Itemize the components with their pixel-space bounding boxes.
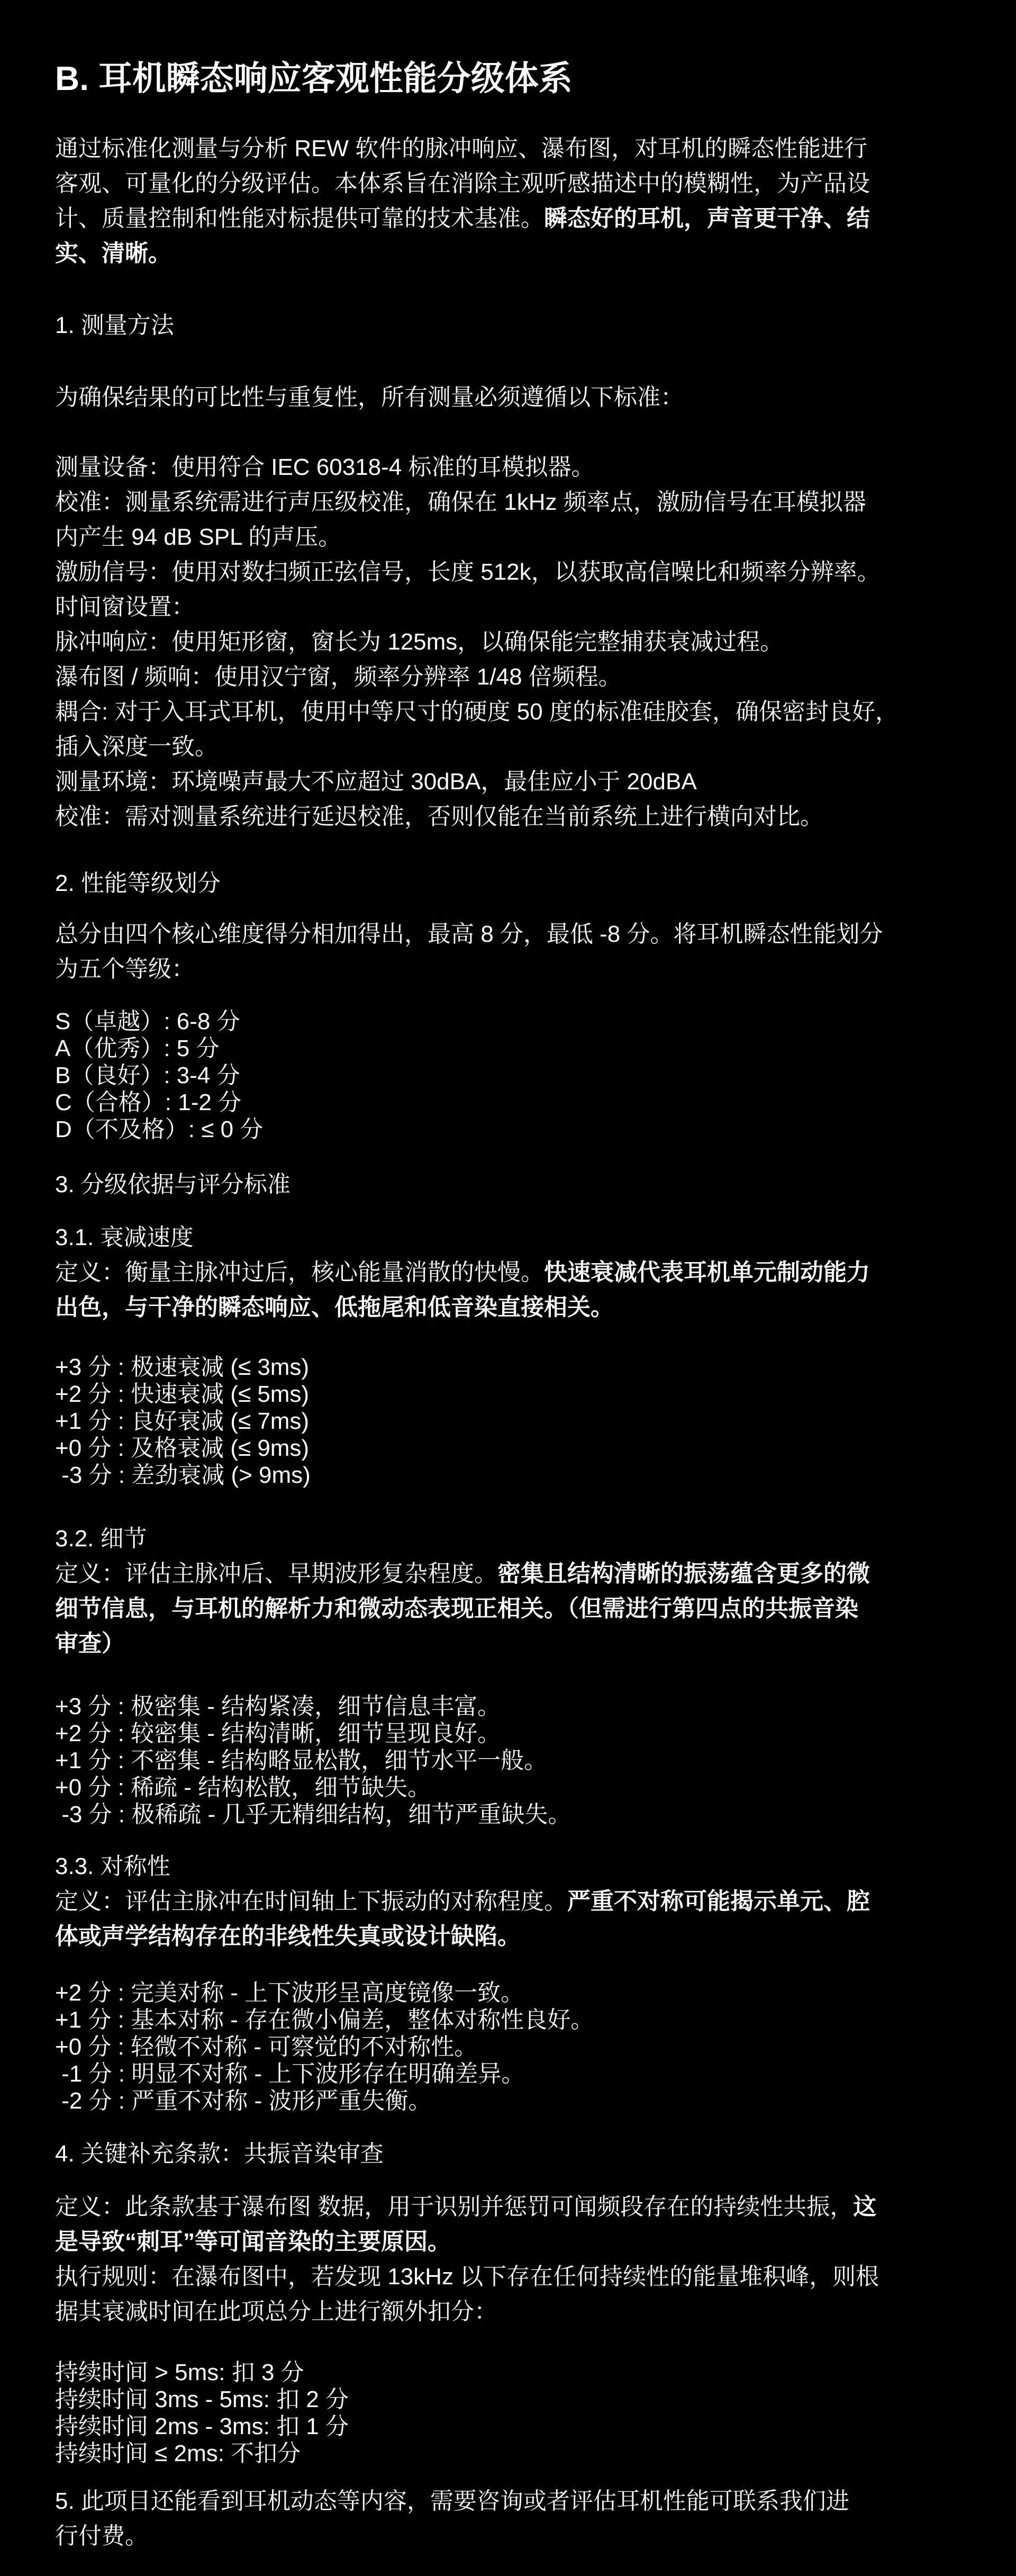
definition-text: 定义：衡量主脉冲过后，核心能量消散的快慢。: [55, 1259, 544, 1285]
definition-line: 是导致“刺耳”等可闻音染的主要原因。: [55, 2224, 963, 2259]
grade-line: S（卓越）: 6-8 分: [55, 1008, 963, 1035]
closing-line: 行付费。: [55, 2519, 963, 2554]
section-2-lead: 总分由四个核心维度得分相加得出，最高 8 分，最低 -8 分。将耳机瞬态性能划分…: [55, 917, 963, 987]
section-1-heading: 1. 测量方法: [55, 308, 963, 343]
definition-text-bold: 这: [853, 2194, 876, 2220]
score-line: +1 分 : 良好衰减 (≤ 7ms): [55, 1408, 963, 1435]
subsection-heading: 3.2. 细节: [55, 1521, 963, 1556]
heading-text: 3. 分级依据与评分标准: [55, 1167, 963, 1202]
definition-text: 定义：此条款基于瀑布图 数据，用于识别并惩罚可闻频段存在的持续性共振，: [55, 2194, 853, 2220]
closing-line: 5. 此项目还能看到耳机动态等内容，需要咨询或者评估耳机性能可联系我们进: [55, 2484, 963, 2519]
score-line: +0 分 : 轻微不对称 - 可察觉的不对称性。: [55, 2033, 963, 2060]
penalty-list: 持续时间 > 5ms: 扣 3 分 持续时间 3ms - 5ms: 扣 2 分 …: [55, 2359, 963, 2467]
definition-line: 定义：此条款基于瀑布图 数据，用于识别并惩罚可闻频段存在的持续性共振，这: [55, 2190, 963, 2224]
score-line: +1 分 : 不密集 - 结构略显松散，细节水平一般。: [55, 1747, 963, 1774]
lead-text: 为确保结果的可比性与重复性，所有测量必须遵循以下标准：: [55, 380, 963, 415]
intro-paragraph: 通过标准化测量与分析 REW 软件的脉冲响应、瀑布图，对耳机的瞬态性能进行 客观…: [55, 131, 963, 271]
intro-line: 计、质量控制和性能对标提供可靠的技术基准。瞬态好的耳机，声音更干净、结: [55, 201, 963, 236]
grade-line: B（良好）: 3-4 分: [55, 1062, 963, 1089]
definition-line: 体或声学结构存在的非线性失真或设计缺陷。: [55, 1919, 963, 1954]
standard-line: 脉冲响应：使用矩形窗，窗长为 125ms，以确保能完整捕获衰减过程。: [55, 625, 963, 660]
definition-text: 定义：评估主脉冲在时间轴上下振动的对称程度。: [55, 1888, 567, 1914]
score-line: +0 分 : 稀疏 - 结构松散，细节缺失。: [55, 1774, 963, 1801]
rule-line: 执行规则：在瀑布图中，若发现 13kHz 以下存在任何持续性的能量堆积峰，则根: [55, 2259, 963, 2294]
lead-line: 为五个等级：: [55, 952, 963, 987]
grade-line: D（不及格）: ≤ 0 分: [55, 1116, 963, 1143]
section-3-3-block: 3.3. 对称性 定义：评估主脉冲在时间轴上下振动的对称程度。严重不对称可能揭示…: [55, 1849, 963, 1954]
intro-line: 通过标准化测量与分析 REW 软件的脉冲响应、瀑布图，对耳机的瞬态性能进行: [55, 131, 963, 166]
intro-text-bold: 实、清晰。: [55, 240, 171, 266]
score-line: +2 分 : 完美对称 - 上下波形呈高度镜像一致。: [55, 1979, 963, 2006]
definition-text-bold: 细节信息，与耳机的解析力和微动态表现正相关。（但需进行第四点的共振音染: [55, 1596, 858, 1622]
section-3-heading: 3. 分级依据与评分标准: [55, 1167, 963, 1202]
detail-score-list: +3 分 : 极密集 - 结构紧凑，细节信息丰富。 +2 分 : 较密集 - 结…: [55, 1693, 963, 1828]
heading-text: 2. 性能等级划分: [55, 866, 963, 901]
definition-text-bold: 严重不对称可能揭示单元、腔: [567, 1888, 870, 1914]
definition-text-bold: 快速衰减代表耳机单元制动能力: [544, 1259, 870, 1285]
definition-text-bold: 体或声学结构存在的非线性失真或设计缺陷。: [55, 1923, 521, 1949]
standard-line: 测量环境：环境噪声最大不应超过 30dBA，最佳应小于 20dBA: [55, 764, 963, 799]
intro-text-bold: 瞬态好的耳机，声音更干净、结: [544, 205, 870, 231]
standard-line: 内产生 94 dB SPL 的声压。: [55, 520, 963, 555]
score-line: +3 分 : 极速衰减 (≤ 3ms): [55, 1354, 963, 1381]
standard-line: 激励信号：使用对数扫频正弦信号，长度 512k，以获取高信噪比和频率分辨率。: [55, 555, 963, 590]
section-4-heading: 4. 关键补充条款：共振音染审查: [55, 2137, 963, 2172]
definition-line: 定义：评估主脉冲在时间轴上下振动的对称程度。严重不对称可能揭示单元、腔: [55, 1884, 963, 1919]
section-1-lead: 为确保结果的可比性与重复性，所有测量必须遵循以下标准：: [55, 380, 963, 415]
lead-line: 总分由四个核心维度得分相加得出，最高 8 分，最低 -8 分。将耳机瞬态性能划分: [55, 917, 963, 952]
definition-text-bold: 是导致“刺耳”等可闻音染的主要原因。: [55, 2229, 451, 2255]
section-3-1-block: 3.1. 衰减速度 定义：衡量主脉冲过后，核心能量消散的快慢。快速衰减代表耳机单…: [55, 1220, 963, 1325]
decay-score-list: +3 分 : 极速衰减 (≤ 3ms) +2 分 : 快速衰减 (≤ 5ms) …: [55, 1354, 963, 1489]
intro-text: 通过标准化测量与分析 REW 软件的脉冲响应、瀑布图，对耳机的瞬态性能进行: [55, 136, 867, 161]
heading-text: 1. 测量方法: [55, 308, 963, 343]
definition-line: 审查）: [55, 1626, 963, 1661]
document-page: B. 耳机瞬态响应客观性能分级体系 通过标准化测量与分析 REW 软件的脉冲响应…: [0, 0, 1016, 2576]
definition-line: 出色，与干净的瞬态响应、低拖尾和低音染直接相关。: [55, 1290, 963, 1325]
penalty-line: 持续时间 ≤ 2ms: 不扣分: [55, 2440, 963, 2467]
definition-text-bold: 出色，与干净的瞬态响应、低拖尾和低音染直接相关。: [55, 1294, 614, 1320]
score-line: -2 分 : 严重不对称 - 波形严重失衡。: [55, 2087, 963, 2114]
definition-text-bold: 密集且结构清晰的振荡蕴含更多的微: [497, 1561, 870, 1587]
subsection-heading: 3.1. 衰减速度: [55, 1220, 963, 1255]
rule-line: 据其衰减时间在此项总分上进行额外扣分：: [55, 2294, 963, 2329]
standard-line: 测量设备：使用符合 IEC 60318-4 标准的耳模拟器。: [55, 450, 963, 485]
definition-text-bold: 审查）: [55, 1631, 125, 1656]
section-2-heading: 2. 性能等级划分: [55, 866, 963, 901]
penalty-line: 持续时间 3ms - 5ms: 扣 2 分: [55, 2386, 963, 2413]
section-3-2-block: 3.2. 细节 定义：评估主脉冲后、早期波形复杂程度。密集且结构清晰的振荡蕴含更…: [55, 1521, 963, 1661]
heading-text: 4. 关键补充条款：共振音染审查: [55, 2137, 963, 2172]
grade-line: A（优秀）: 5 分: [55, 1035, 963, 1062]
intro-line: 实、清晰。: [55, 236, 963, 271]
score-line: -3 分 : 极稀疏 - 几乎无精细结构，细节严重缺失。: [55, 1801, 963, 1828]
standard-line: 瀑布图 / 频响：使用汉宁窗，频率分辨率 1/48 倍频程。: [55, 660, 963, 695]
penalty-line: 持续时间 2ms - 3ms: 扣 1 分: [55, 2413, 963, 2440]
intro-line: 客观、可量化的分级评估。本体系旨在消除主观听感描述中的模糊性，为产品设: [55, 166, 963, 201]
score-line: +0 分 : 及格衰减 (≤ 9ms): [55, 1435, 963, 1462]
subsection-heading: 3.3. 对称性: [55, 1849, 963, 1884]
standard-line: 校准：需对测量系统进行延迟校准，否则仅能在当前系统上进行横向对比。: [55, 799, 963, 834]
standard-line: 耦合: 对于入耳式耳机，使用中等尺寸的硬度 50 度的标准硅胶套，确保密封良好，: [55, 695, 963, 729]
grade-line: C（合格）: 1-2 分: [55, 1089, 963, 1116]
definition-text: 定义：评估主脉冲后、早期波形复杂程度。: [55, 1561, 497, 1587]
definition-line: 定义：衡量主脉冲过后，核心能量消散的快慢。快速衰减代表耳机单元制动能力: [55, 1255, 963, 1290]
grade-list: S（卓越）: 6-8 分 A（优秀）: 5 分 B（良好）: 3-4 分 C（合…: [55, 1008, 963, 1143]
score-line: +1 分 : 基本对称 - 存在微小偏差，整体对称性良好。: [55, 2006, 963, 2033]
definition-line: 定义：评估主脉冲后、早期波形复杂程度。密集且结构清晰的振荡蕴含更多的微: [55, 1556, 963, 1591]
score-line: +3 分 : 极密集 - 结构紧凑，细节信息丰富。: [55, 1693, 963, 1720]
definition-line: 细节信息，与耳机的解析力和微动态表现正相关。（但需进行第四点的共振音染: [55, 1591, 963, 1626]
section-5-paragraph: 5. 此项目还能看到耳机动态等内容，需要咨询或者评估耳机性能可联系我们进 行付费…: [55, 2484, 963, 2554]
score-line: -1 分 : 明显不对称 - 上下波形存在明确差异。: [55, 2060, 963, 2087]
score-line: +2 分 : 较密集 - 结构清晰，细节呈现良好。: [55, 1720, 963, 1747]
section-1-standards-list: 测量设备：使用符合 IEC 60318-4 标准的耳模拟器。 校准：测量系统需进…: [55, 450, 963, 834]
intro-text: 计、质量控制和性能对标提供可靠的技术基准。: [55, 205, 544, 231]
penalty-line: 持续时间 > 5ms: 扣 3 分: [55, 2359, 963, 2386]
standard-line: 时间窗设置：: [55, 590, 963, 625]
symmetry-score-list: +2 分 : 完美对称 - 上下波形呈高度镜像一致。 +1 分 : 基本对称 -…: [55, 1979, 963, 2114]
score-line: +2 分 : 快速衰减 (≤ 5ms): [55, 1381, 963, 1408]
intro-text: 客观、可量化的分级评估。本体系旨在消除主观听感描述中的模糊性，为产品设: [55, 170, 870, 196]
page-title: B. 耳机瞬态响应客观性能分级体系: [55, 55, 963, 102]
section-4-definition-block: 定义：此条款基于瀑布图 数据，用于识别并惩罚可闻频段存在的持续性共振，这 是导致…: [55, 2190, 963, 2329]
standard-line: 插入深度一致。: [55, 729, 963, 764]
standard-line: 校准：测量系统需进行声压级校准，确保在 1kHz 频率点，激励信号在耳模拟器: [55, 485, 963, 520]
score-line: -3 分 : 差劲衰减 (> 9ms): [55, 1462, 963, 1489]
